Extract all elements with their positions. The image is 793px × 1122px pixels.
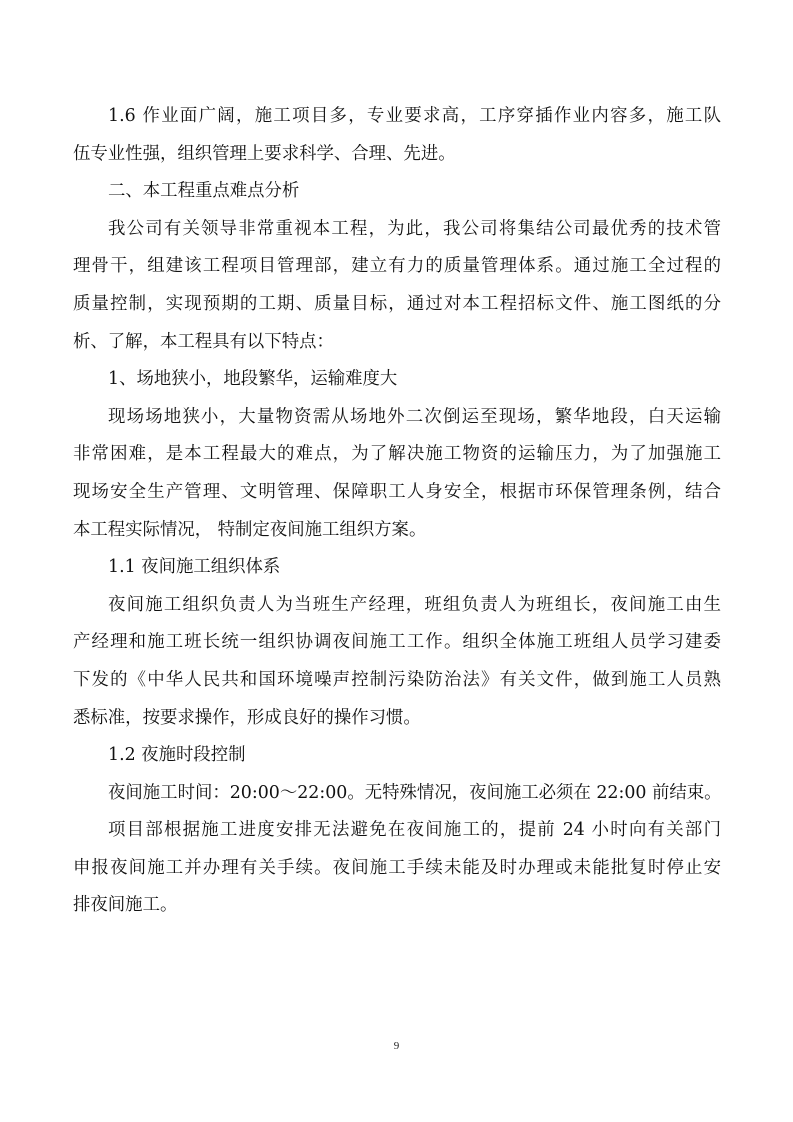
- paragraph-line: 1.6 作业面广阔，施工项目多，专业要求高，工序穿插作业内容多，施工队: [73, 98, 721, 136]
- page-number: 9: [0, 1040, 793, 1052]
- section-heading: 二、本工程重点难点分析: [73, 173, 721, 211]
- paragraph-line: 悉标准，按要求操作，形成良好的操作习惯。: [73, 700, 721, 738]
- paragraph-line: 析、了解，本工程具有以下特点：: [73, 324, 721, 362]
- paragraph-line: 非常困难，是本工程最大的难点，为了解决施工物资的运输压力，为了加强施工: [73, 436, 721, 474]
- subsection-heading: 1.2 夜施时段控制: [73, 737, 721, 775]
- paragraph-line: 申报夜间施工并办理有关手续。夜间施工手续未能及时办理或未能批复时停止安: [73, 850, 721, 888]
- paragraph-line: 夜间施工组织负责人为当班生产经理，班组负责人为班组长，夜间施工由生: [73, 587, 721, 625]
- paragraph-line: 我公司有关领导非常重视本工程，为此，我公司将集结公司最优秀的技术管: [73, 211, 721, 249]
- paragraph-line: 本工程实际情况， 特制定夜间施工组织方案。: [73, 512, 721, 550]
- paragraph-line: 理骨干，组建该工程项目管理部，建立有力的质量管理体系。通过施工全过程的: [73, 248, 721, 286]
- paragraph-line: 下发的《中华人民共和国环境噪声控制污染防治法》有关文件，做到施工人员熟: [73, 662, 721, 700]
- paragraph-line: 产经理和施工班长统一组织协调夜间施工工作。组织全体施工班组人员学习建委: [73, 624, 721, 662]
- paragraph-line: 项目部根据施工进度安排无法避免在夜间施工的，提前 24 小时向有关部门: [73, 812, 721, 850]
- paragraph-line: 质量控制，实现预期的工期、质量目标，通过对本工程招标文件、施工图纸的分: [73, 286, 721, 324]
- paragraph-line: 现场安全生产管理、文明管理、保障职工人身安全，根据市环保管理条例，结合: [73, 474, 721, 512]
- paragraph-line: 现场场地狭小，大量物资需从场地外二次倒运至现场，繁华地段，白天运输: [73, 399, 721, 437]
- subsection-heading: 1、场地狭小，地段繁华，运输难度大: [73, 361, 721, 399]
- paragraph-line: 夜间施工时间：20:00～22:00。无特殊情况，夜间施工必须在 22:00 前…: [73, 775, 721, 813]
- subsection-heading: 1.1 夜间施工组织体系: [73, 549, 721, 587]
- paragraph-line: 排夜间施工。: [73, 887, 721, 925]
- document-body: 1.6 作业面广阔，施工项目多，专业要求高，工序穿插作业内容多，施工队 伍专业性…: [73, 98, 721, 925]
- paragraph-line: 伍专业性强，组织管理上要求科学、合理、先进。: [73, 136, 721, 174]
